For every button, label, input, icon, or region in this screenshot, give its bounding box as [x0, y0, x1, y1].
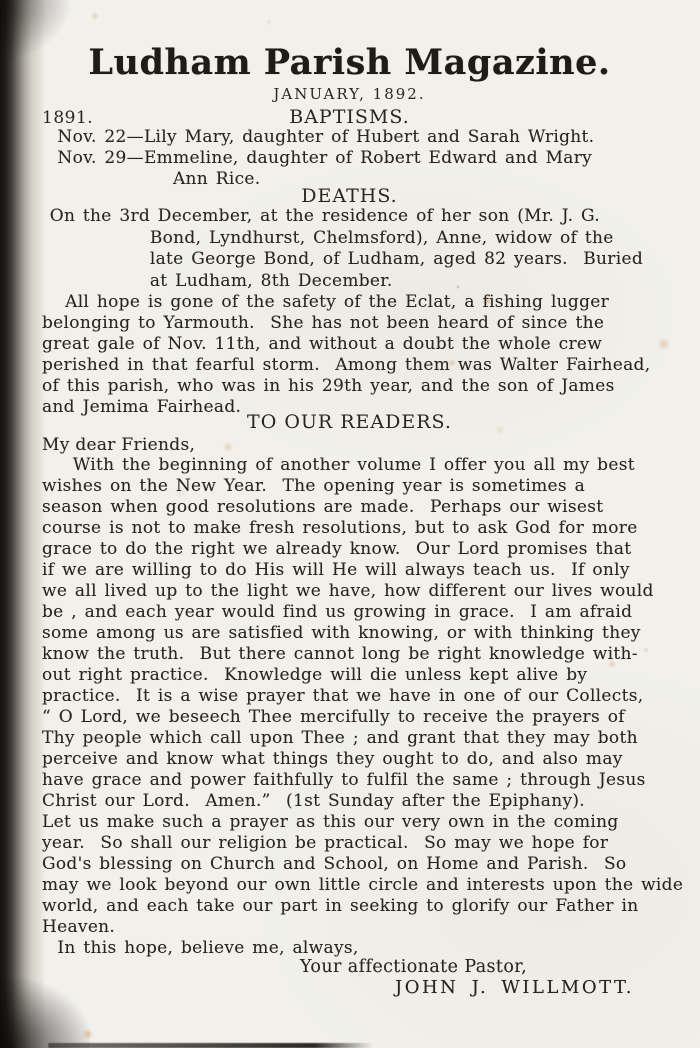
deaths-entry: On the 3rd December, at the residence of…: [42, 206, 682, 292]
letter-closing-line: In this hope, believe me, always,: [42, 938, 682, 959]
page-title: Ludham Parish Magazine.: [42, 44, 657, 82]
page-bottom-edge-shadow: [48, 1043, 373, 1048]
year-label: 1891.: [42, 108, 93, 128]
baptisms-entries: Nov. 22—Lily Mary, daughter of Hubert an…: [42, 127, 682, 190]
page-content: Ludham Parish Magazine. JANUARY, 1892. 1…: [42, 0, 682, 999]
baptisms-heading-row: 1891. BAPTISMS.: [42, 107, 682, 127]
letter-body: With the beginning of another volume I o…: [42, 455, 682, 938]
baptisms-heading: BAPTISMS.: [42, 107, 657, 127]
scanned-magazine-page: Ludham Parish Magazine. JANUARY, 1892. 1…: [0, 0, 700, 1048]
eclat-loss-paragraph: All hope is gone of the safety of the Ec…: [42, 292, 682, 418]
issue-date: JANUARY, 1892.: [42, 85, 657, 103]
letter-salutation: My dear Friends,: [42, 435, 682, 455]
letter-signature: JOHN J. WILLMOTT.: [395, 977, 682, 999]
letter-signoff: Your affectionate Pastor,: [300, 957, 682, 977]
